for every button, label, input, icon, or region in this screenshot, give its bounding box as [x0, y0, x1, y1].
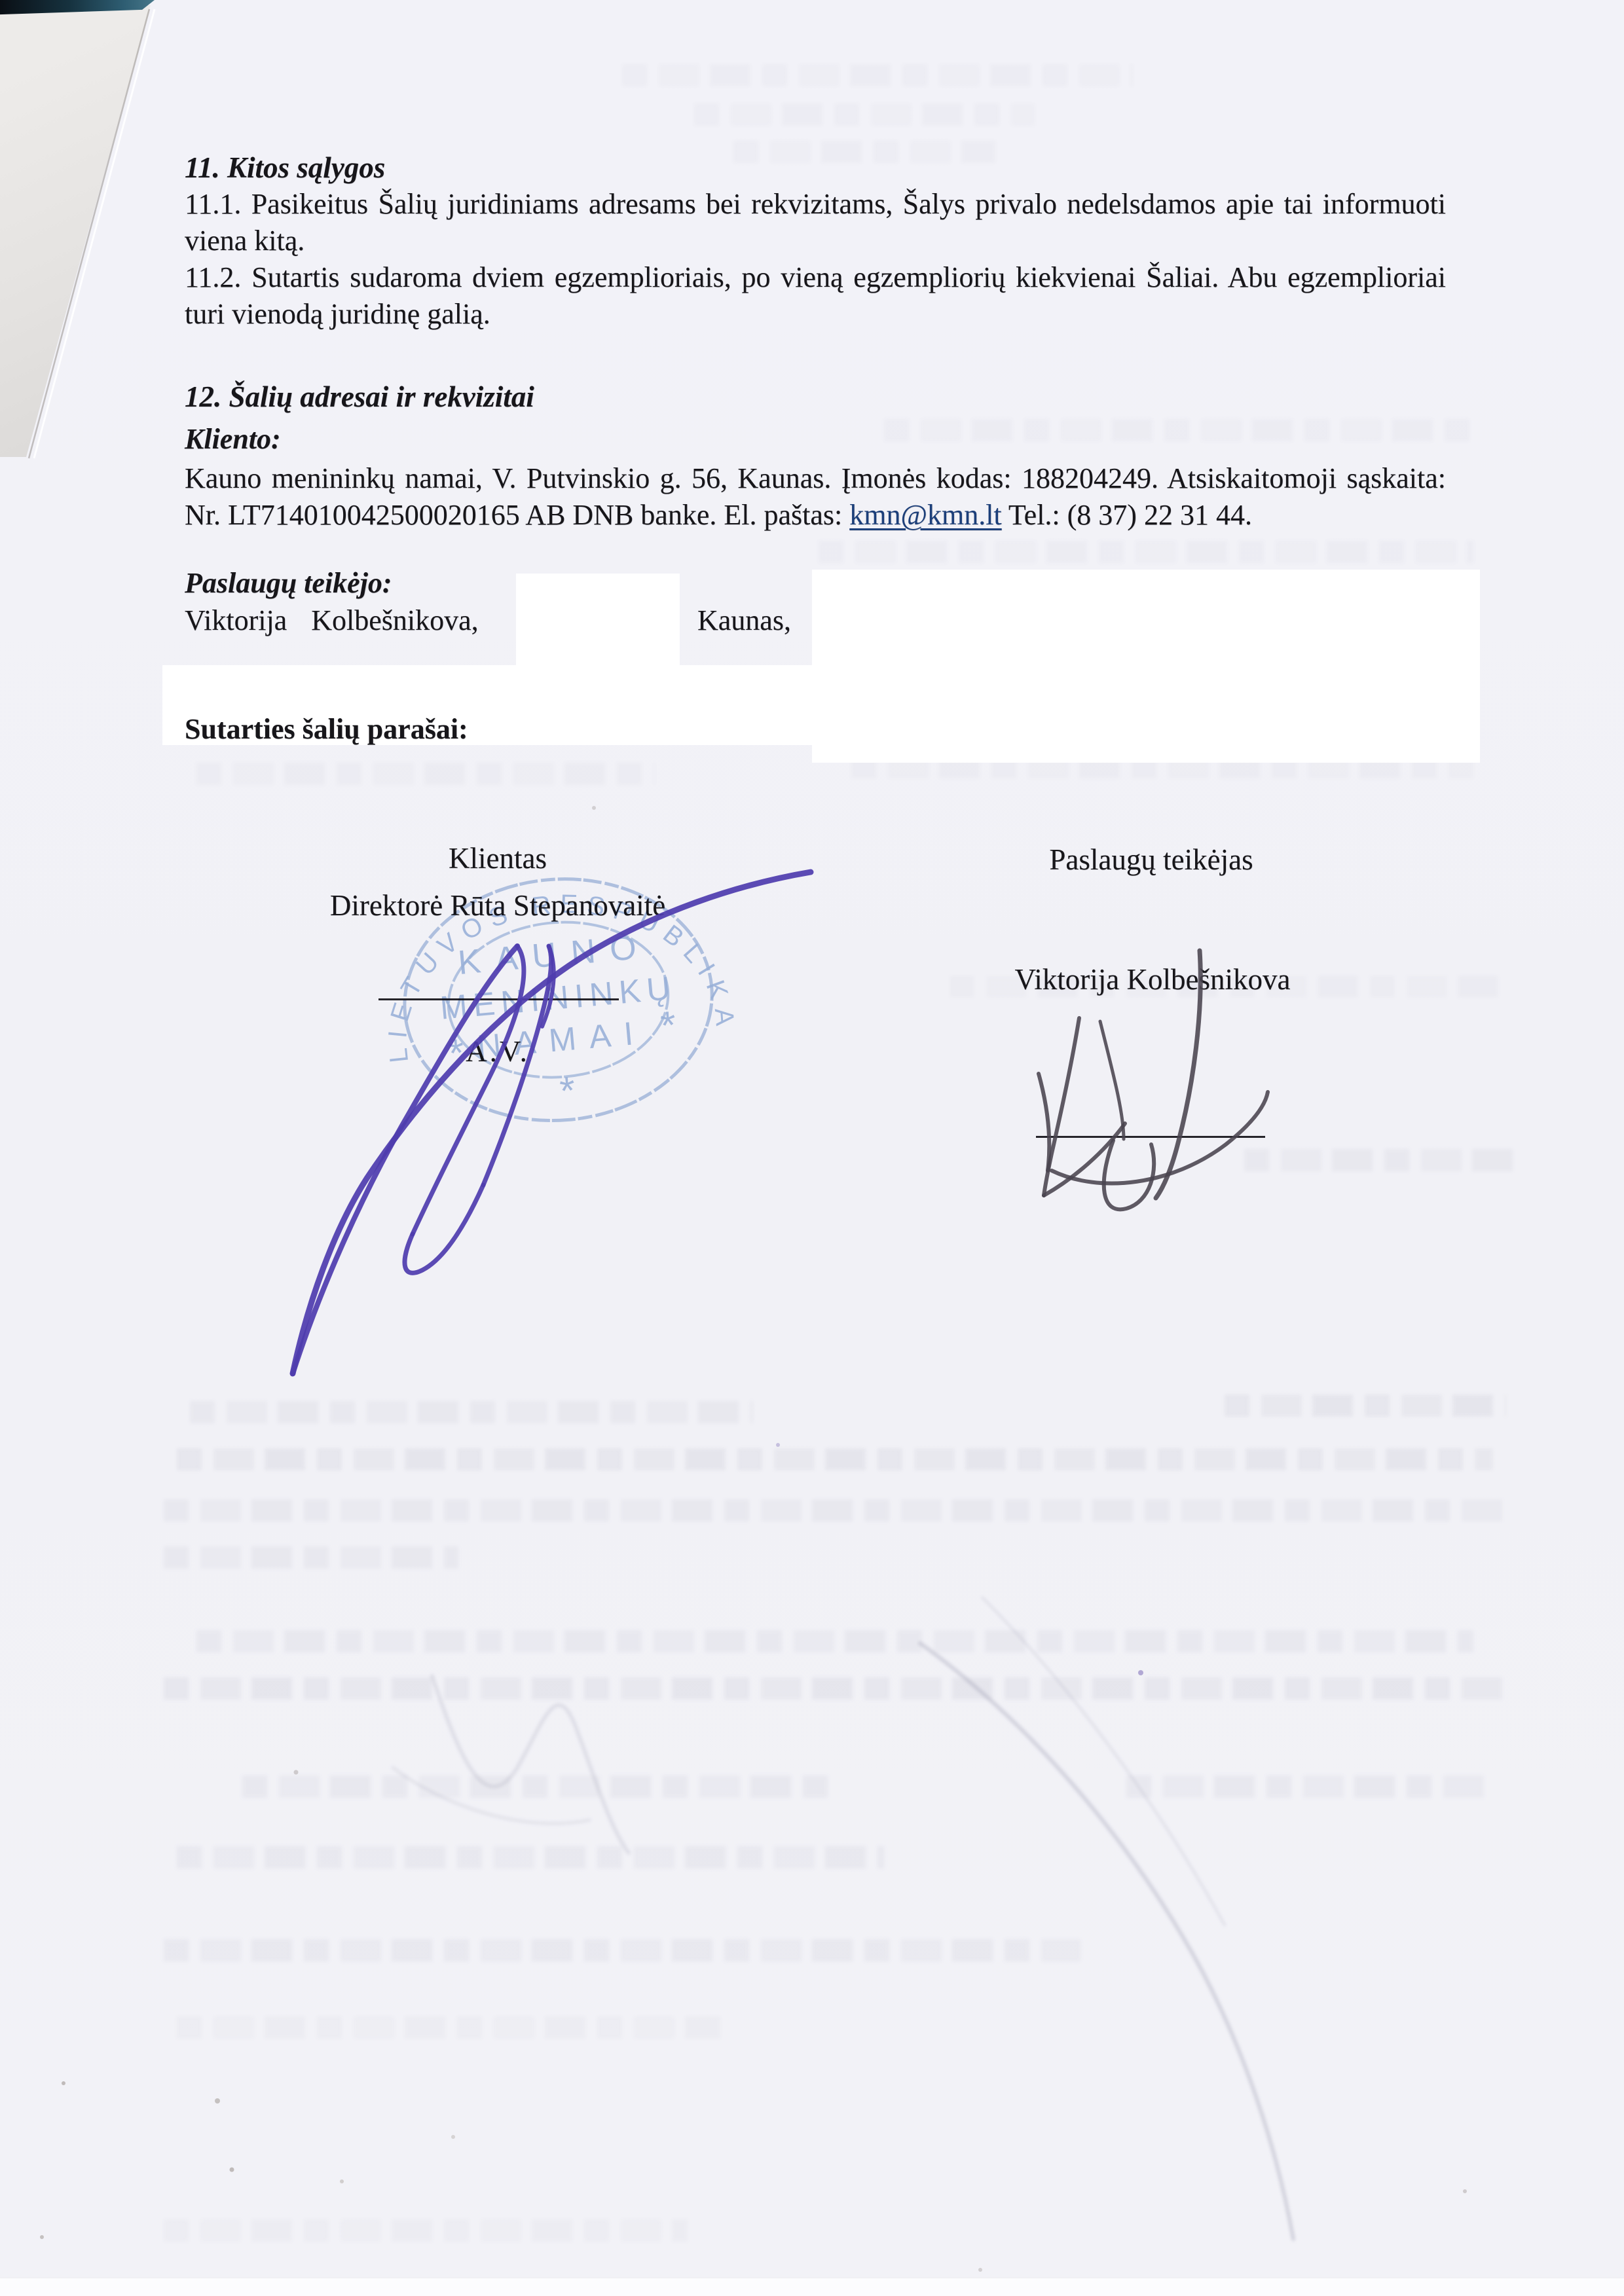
fold-crease [0, 0, 196, 471]
provider-signature [0, 0, 1624, 2296]
scanner-bottom-edge [0, 2278, 1624, 2296]
scanned-contract-page: 11. Kitos sąlygos 11.1. Pasikeitus Šalių… [0, 0, 1624, 2296]
